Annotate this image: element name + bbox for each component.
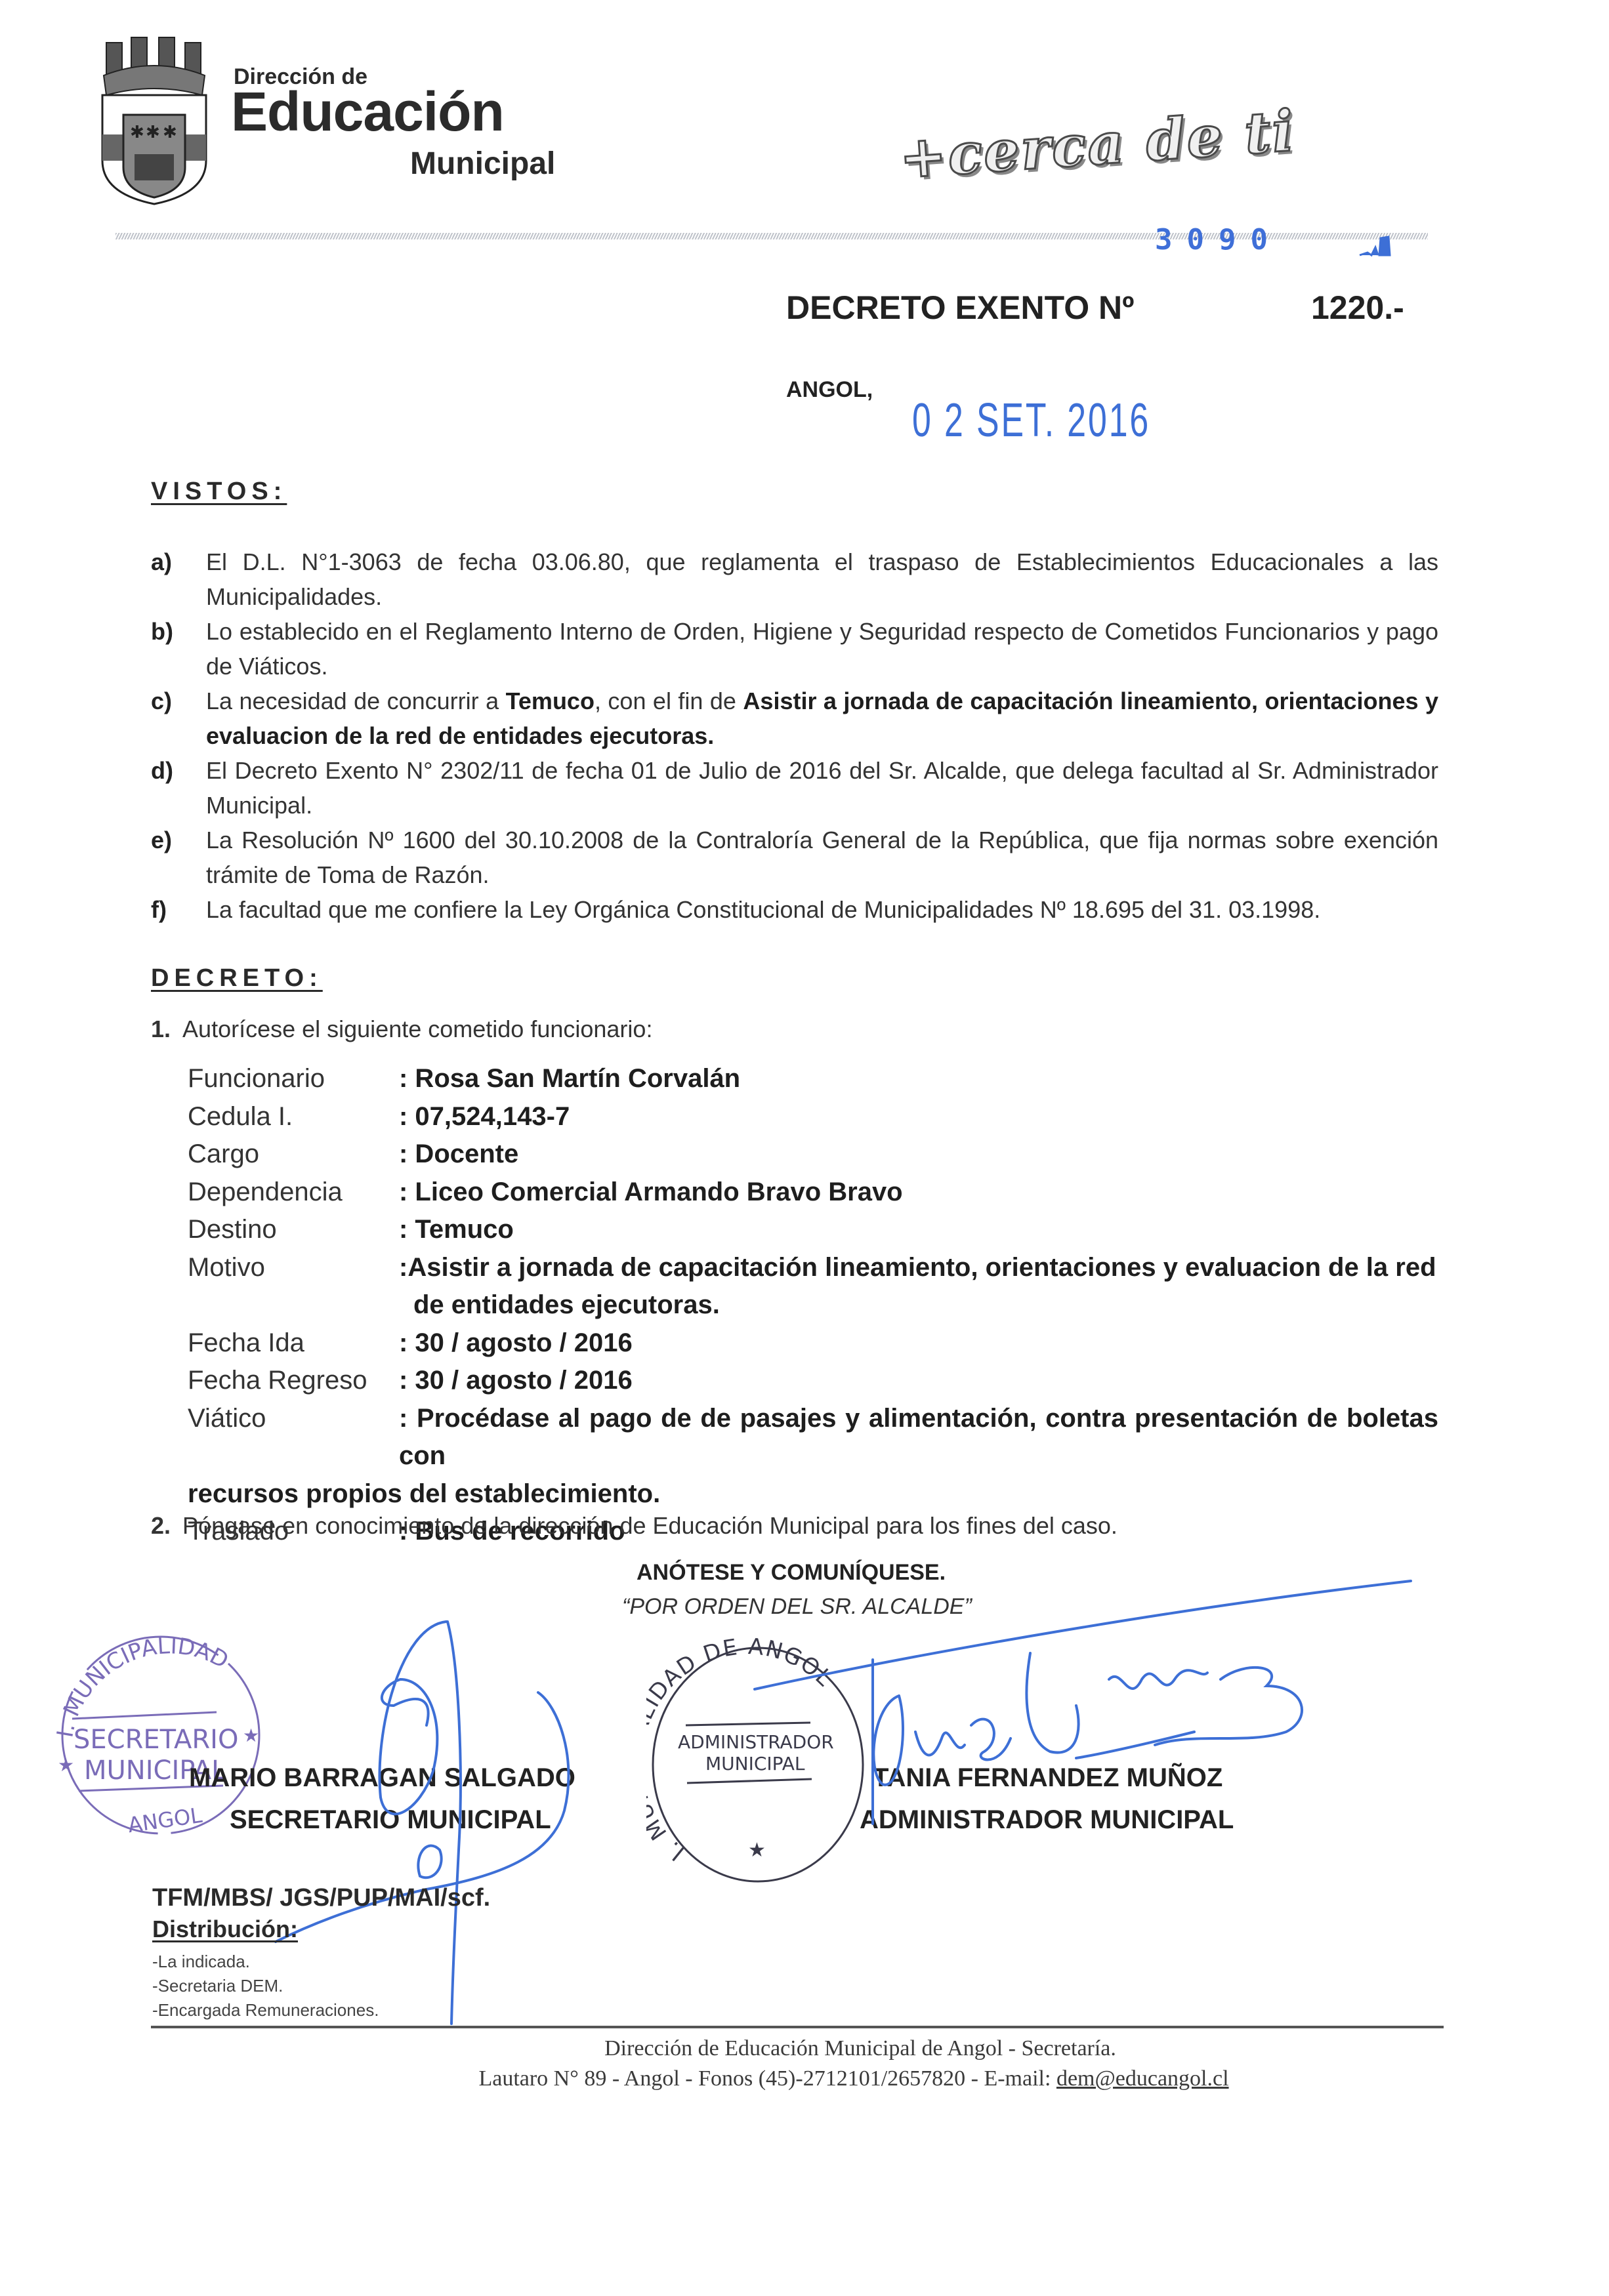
field-row-destino: Destino : Temuco [188,1211,1438,1249]
field-label: Destino [188,1211,399,1249]
field-value: : Procédase al pago de de pasajes y alim… [399,1400,1438,1475]
item-number: 1. [151,1015,171,1042]
item-text: Autorícese el siguiente cometido funcion… [182,1015,652,1042]
decreto-item-2: 2.Póngase en conocimiento de la direcció… [151,1512,1118,1540]
signatory-2-title: ADMINISTRADOR MUNICIPAL [860,1805,1234,1835]
motivo-line-1: :Asistir a jornada de capacitación linea… [399,1253,1436,1282]
distribution-heading: Distribución: [152,1916,298,1943]
svg-text:✱: ✱ [163,122,177,142]
item-text: Póngase en conocimiento de la dirección … [182,1512,1118,1539]
field-value: : Rosa San Martín Corvalán [399,1060,1438,1098]
footer-address: Lautaro N° 89 - Angol - Fonos (45)-27121… [478,2066,1056,2091]
signatory-2-name: TANIA FERNANDEZ MUÑOZ [873,1763,1222,1793]
seal-ring-bottom: ANGOL [126,1803,203,1837]
field-row-fecha-regreso: Fecha Regreso : 30 / agosto / 2016 [188,1362,1438,1400]
field-label: Cedula I. [188,1098,399,1136]
administrador-seal: I. MUNICIPALIDAD DE ANGOL ADMINISTRADOR … [646,1633,869,1896]
field-row-cedula: Cedula I. : 07,524,143-7 [188,1098,1438,1136]
municipal-crest-logo: ✱✱✱ [98,30,210,207]
item-number: 2. [151,1512,171,1539]
field-value: :Asistir a jornada de capacitación linea… [399,1249,1438,1324]
field-label: Fecha Regreso [188,1362,399,1400]
field-label: Funcionario [188,1060,399,1098]
item-letter: d) [151,753,206,823]
field-row-viatico: Viático : Procédase al pago de de pasaje… [188,1400,1438,1475]
date-stamp: 0 2 SET. 2016 [912,394,1150,447]
decree-number: 1220.- [1311,289,1404,327]
svg-text:✱: ✱ [146,122,160,142]
field-value: : 30 / agosto / 2016 [399,1362,1438,1400]
field-value: : 07,524,143-7 [399,1098,1438,1136]
vistos-item: f) La facultad que me confiere la Ley Or… [151,892,1438,927]
motivo-line-2: de entidades ejecutoras. [399,1286,1438,1324]
item-text: El D.L. N°1-3063 de fecha 03.06.80, que … [206,544,1438,614]
vistos-item: e) La Resolución Nº 1600 del 30.10.2008 … [151,823,1438,892]
footer-email-link[interactable]: dem@educangol.cl [1056,2066,1229,2091]
field-value: : Temuco [399,1211,1438,1249]
svg-text:I. MUNICIPALIDAD: I. MUNICIPALIDAD [52,1633,232,1739]
seal-middle-1: ADMINISTRADOR [678,1731,834,1753]
item-letter: f) [151,892,206,927]
footer-line-2: Lautaro N° 89 - Angol - Fonos (45)-27121… [0,2066,1609,2091]
field-label: Fecha Ida [188,1324,399,1363]
decreto-item-1: 1.Autorícese el siguiente cometido funci… [151,1015,652,1043]
item-letter: c) [151,684,206,753]
slogan: +cerca de ti [897,98,1297,192]
item-letter: e) [151,823,206,892]
vistos-item: a) El D.L. N°1-3063 de fecha 03.06.80, q… [151,544,1438,614]
seal-middle-2: MUNICIPAL [705,1753,805,1774]
footer-line-1: Dirección de Educación Municipal de Ango… [0,2036,1609,2061]
distribution-item: -La indicada. [152,1950,379,1974]
seal-middle-1: SECRETARIO [73,1725,238,1755]
destination-bold: Temuco [506,687,595,714]
cometido-fields: Funcionario : Rosa San Martín Corvalán C… [188,1060,1438,1551]
field-value: : 30 / agosto / 2016 [399,1324,1438,1363]
field-row-motivo: Motivo :Asistir a jornada de capacitació… [188,1249,1438,1324]
viatico-continuation: recursos propios del establecimiento. [188,1475,1438,1513]
office-stamp-number: 3090 [1155,223,1282,256]
decree-title: DECRETO EXENTO Nº [786,289,1134,327]
secretario-seal: I. MUNICIPALIDAD SECRETARIO MUNICIPAL ★ … [46,1614,282,1837]
field-label: Viático [188,1400,399,1475]
vistos-list: a) El D.L. N°1-3063 de fecha 03.06.80, q… [151,544,1438,927]
item-text: La facultad que me confiere la Ley Orgán… [206,892,1438,927]
field-row-funcionario: Funcionario : Rosa San Martín Corvalán [188,1060,1438,1098]
field-row-fecha-ida: Fecha Ida : 30 / agosto / 2016 [188,1324,1438,1363]
distribution-list: -La indicada. -Secretaria DEM. -Encargad… [152,1950,379,2022]
item-text: Lo establecido en el Reglamento Interno … [206,614,1438,684]
por-orden-line: “POR ORDEN DEL SR. ALCALDE” [622,1594,972,1620]
svg-text:★: ★ [58,1755,74,1775]
field-label: Cargo [188,1136,399,1174]
field-value: : Docente [399,1136,1438,1174]
field-label: Motivo [188,1249,399,1324]
text-segment: , con el fin de [595,687,743,714]
field-row-dependencia: Dependencia : Liceo Comercial Armando Br… [188,1174,1438,1212]
item-text: La Resolución Nº 1600 del 30.10.2008 de … [206,823,1438,892]
logo-line-3: Municipal [410,146,555,182]
field-row-cargo: Cargo : Docente [188,1136,1438,1174]
stamp-mark-icon [1358,233,1391,259]
distribution-item: -Secretaria DEM. [152,1974,379,1998]
place-label: ANGOL, [786,377,873,403]
vistos-item: d) El Decreto Exento N° 2302/11 de fecha… [151,753,1438,823]
field-value: : Liceo Comercial Armando Bravo Bravo [399,1174,1438,1212]
vistos-item: c) La necesidad de concurrir a Temuco, c… [151,684,1438,753]
text-segment: La necesidad de concurrir a [206,687,506,714]
seal-ring-top: I. MUNICIPALIDAD [52,1633,232,1739]
signatory-1-title: SECRETARIO MUNICIPAL [230,1805,551,1835]
item-text: El Decreto Exento N° 2302/11 de fecha 01… [206,753,1438,823]
signatory-1-name: MARIO BARRAGAN SALGADO [189,1763,575,1793]
svg-text:✱: ✱ [130,122,144,142]
item-text: La necesidad de concurrir a Temuco, con … [206,684,1438,753]
svg-text:★: ★ [748,1839,766,1861]
distribution-item: -Encargada Remuneraciones. [152,1998,379,2022]
decreto-heading: DECRETO: [151,964,323,993]
svg-text:★: ★ [243,1725,259,1746]
vistos-item: b) Lo establecido en el Reglamento Inter… [151,614,1438,684]
vistos-heading: VISTOS: [151,478,287,506]
reference-initials: TFM/MBS/ JGS/PUP/MAI/scf. [152,1884,490,1912]
field-label: Dependencia [188,1174,399,1212]
footer-divider [151,2026,1444,2028]
anotese-line: ANÓTESE Y COMUNÍQUESE. [637,1560,946,1586]
logo-line-2: Educación [231,84,504,139]
item-letter: a) [151,544,206,614]
item-letter: b) [151,614,206,684]
